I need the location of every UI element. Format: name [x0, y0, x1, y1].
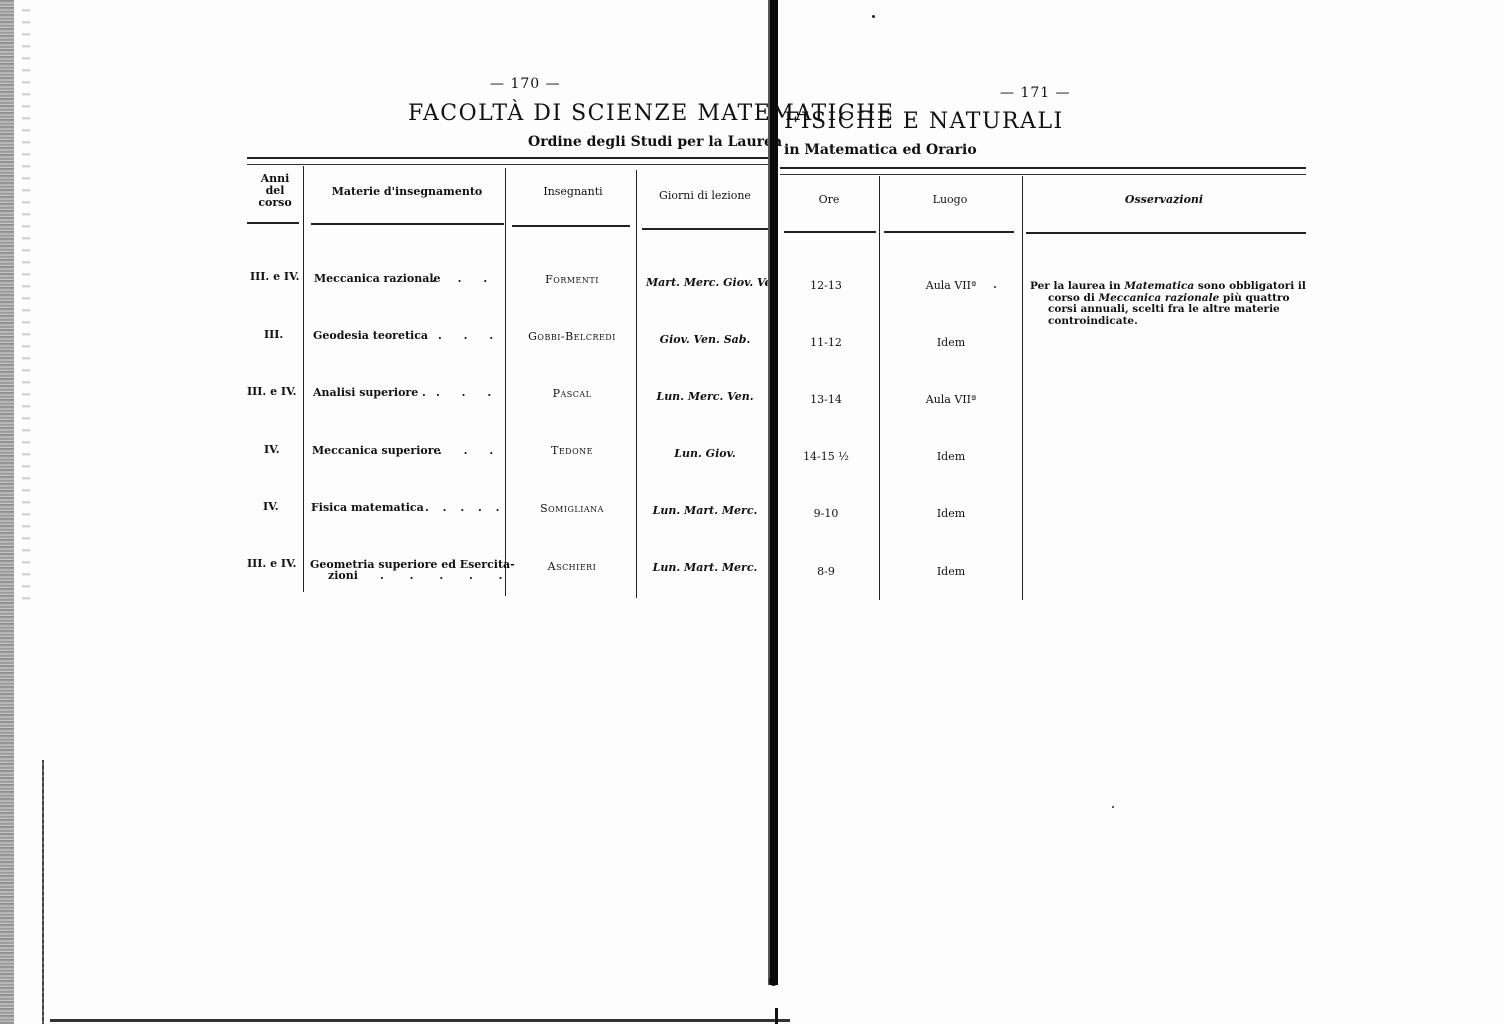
row-insegnante: Aschieri: [508, 560, 636, 573]
row-materia: Meccanica razionale: [314, 272, 441, 285]
header-underline: [784, 231, 876, 233]
row-ore: 8-9: [780, 565, 872, 578]
col-header-insegnanti: Insegnanti: [508, 186, 638, 198]
row-luogo: Idem: [880, 565, 1022, 578]
row-giorni: Lun. Giov.: [640, 447, 770, 460]
row-anni: III. e IV.: [250, 270, 300, 283]
scan-speck: [872, 15, 875, 18]
row-insegnante: Somigliana: [508, 502, 636, 515]
row-giorni: Lun. Merc. Ven.: [640, 390, 770, 403]
observations-paragraph: Per la laurea in Matematica sono obbliga…: [1030, 281, 1308, 327]
row-dots: . . .: [438, 329, 502, 342]
subtitle-left: Ordine degli Studi per la Laurea: [528, 134, 782, 150]
scan-noise: [22, 0, 30, 600]
row-ore: 11-12: [780, 336, 872, 349]
book-gutter: [775, 1008, 778, 1024]
column-divider: [303, 166, 304, 592]
header-rule-right: [780, 167, 1306, 175]
note-emphasis: Matematica: [1124, 280, 1194, 292]
row-luogo: Idem: [880, 507, 1022, 520]
note-text: Per la laurea in: [1030, 280, 1124, 292]
row-giorni: Lun. Mart. Merc.: [640, 504, 770, 517]
row-materia: Meccanica superiore: [312, 444, 441, 457]
row-ore: 13-14: [780, 393, 872, 406]
row-giorni: Mart. Merc. Giov. Ve…: [646, 276, 768, 289]
col-header-anni: Anni del corso: [247, 173, 303, 209]
row-ore: 9-10: [780, 507, 872, 520]
title-right: FISICHE E NATURALI: [784, 109, 1064, 134]
row-giorni: Lun. Mart. Merc.: [640, 561, 770, 574]
row-luogo: Idem: [880, 450, 1022, 463]
row-giorni: Giov. Ven. Sab.: [640, 333, 770, 346]
row-insegnante: Formenti: [508, 273, 636, 286]
observations-note: Per la laurea in Matematica sono obbliga…: [1030, 281, 1308, 327]
col-header-ore: Ore: [780, 194, 878, 206]
header-underline: [247, 222, 299, 224]
row-anni: III. e IV.: [247, 385, 297, 398]
col-header-luogo: Luogo: [880, 194, 1020, 206]
row-dots: . . .: [432, 272, 496, 285]
header-underline: [1026, 232, 1306, 234]
col-header-anni-line: corso: [247, 197, 303, 209]
column-divider: [879, 176, 880, 600]
header-underline: [642, 228, 770, 230]
scan-speck: [1112, 806, 1114, 808]
column-divider: [636, 170, 637, 598]
row-ore: 14-15 ½: [780, 450, 872, 463]
scan-rule-left: [42, 760, 44, 1024]
row-ore: 12-13: [780, 279, 872, 292]
row-luogo: Aula VIIª: [880, 393, 1022, 406]
col-header-giorni: Giorni di lezione: [640, 190, 770, 202]
row-anni: III.: [264, 328, 283, 341]
row-anni: IV.: [264, 443, 280, 456]
book-gutter: [769, 976, 778, 986]
row-anni: IV.: [263, 500, 279, 513]
row-luogo: Aula VIIª: [880, 279, 1022, 292]
row-insegnante: Pascal: [508, 387, 636, 400]
row-anni: III. e IV.: [247, 557, 297, 570]
col-header-osservazioni: Osservazioni: [1022, 194, 1306, 206]
column-divider: [1022, 176, 1023, 600]
row-dots: . . .: [436, 386, 500, 399]
row-dots: . . . . .: [380, 569, 513, 582]
row-insegnante: Gobbi-Belcredi: [508, 330, 636, 343]
row-dots: . . .: [438, 444, 502, 457]
column-divider: [505, 168, 506, 596]
row-materia: Analisi superiore .: [313, 386, 426, 399]
row-luogo: Idem: [880, 336, 1022, 349]
scan-rule-bottom: [50, 1019, 790, 1022]
row-dots: . . . . .: [425, 501, 504, 514]
header-underline: [884, 231, 1014, 233]
scan-edge-left: [0, 0, 14, 1024]
book-gutter: [770, 0, 778, 985]
row-materia-cont: zioni: [328, 569, 358, 582]
subtitle-right: in Matematica ed Orario: [784, 142, 977, 158]
note-emphasis: Meccanica razionale: [1099, 292, 1220, 304]
col-header-materie: Materie d'insegnamento: [307, 186, 507, 198]
header-underline: [311, 223, 504, 225]
page-number-left: — 170 —: [490, 76, 561, 92]
row-insegnante: Tedone: [508, 444, 636, 457]
row-materia: Geodesia teoretica: [313, 329, 428, 342]
header-underline: [512, 225, 630, 227]
page-number-right: — 171 —: [1000, 85, 1071, 101]
row-materia: Fisica matematica: [311, 501, 424, 514]
header-rule-left: [247, 157, 772, 165]
